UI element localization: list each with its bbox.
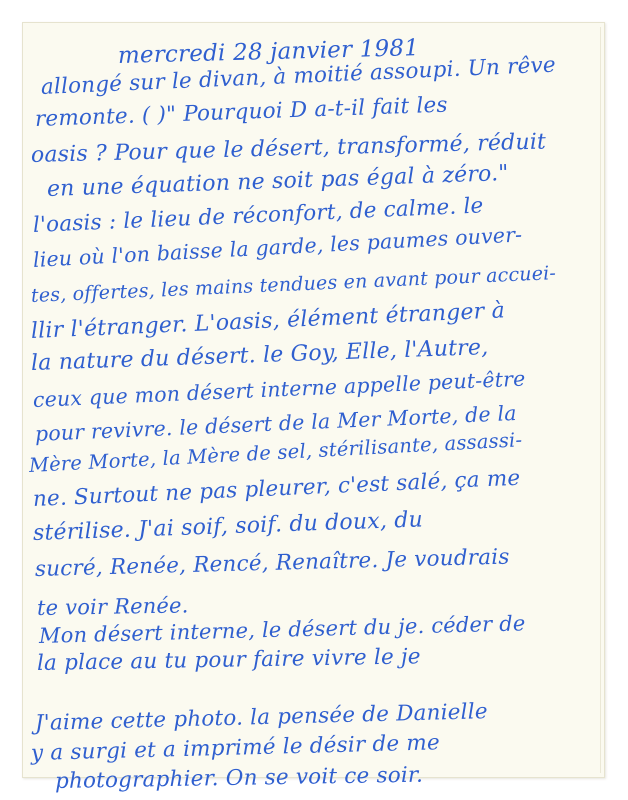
handwritten-note-card: mercredi 28 janvier 1981 allongé sur le … — [22, 22, 605, 778]
note-line-15: sucré, Renée, Rencé, Renaître. Je voudra… — [35, 543, 510, 585]
note-line-18: la place au tu pour faire vivre le je — [37, 642, 421, 679]
note-line-22: photographier. On se voit ce soir. — [55, 761, 424, 797]
